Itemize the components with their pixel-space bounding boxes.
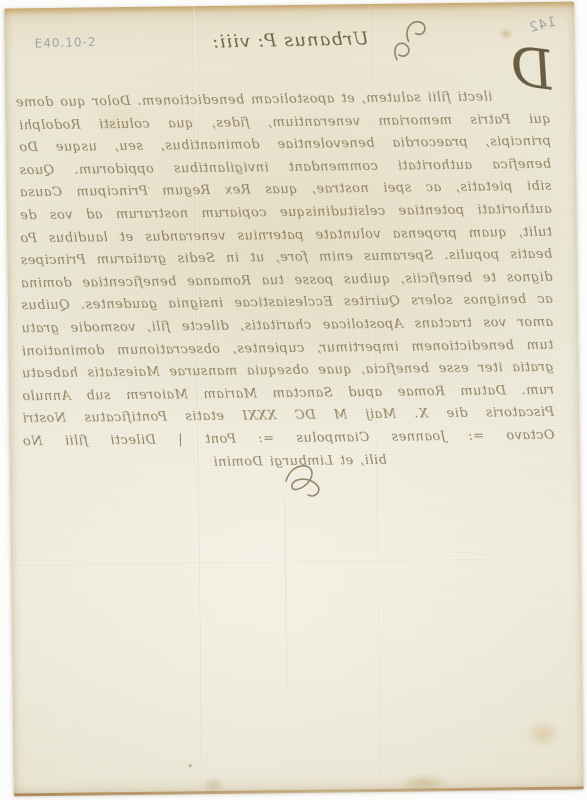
ink-flourish-icon: [386, 11, 433, 64]
fold-crease-horizontal: [11, 556, 581, 565]
docket-header: Urbanus P: viii:: [5, 27, 575, 55]
docket-header-text: Urbanus P: viii:: [211, 28, 368, 52]
fold-crease-vertical-center: [284, 501, 288, 690]
signature-paraph-icon: [278, 457, 325, 504]
paper-sheet: E40.10-2 142 Urbanus P: viii: D ilecti f…: [4, 2, 584, 796]
bleedthrough-text-block: ilecti filii salutem, et apostolicam ben…: [18, 86, 555, 477]
